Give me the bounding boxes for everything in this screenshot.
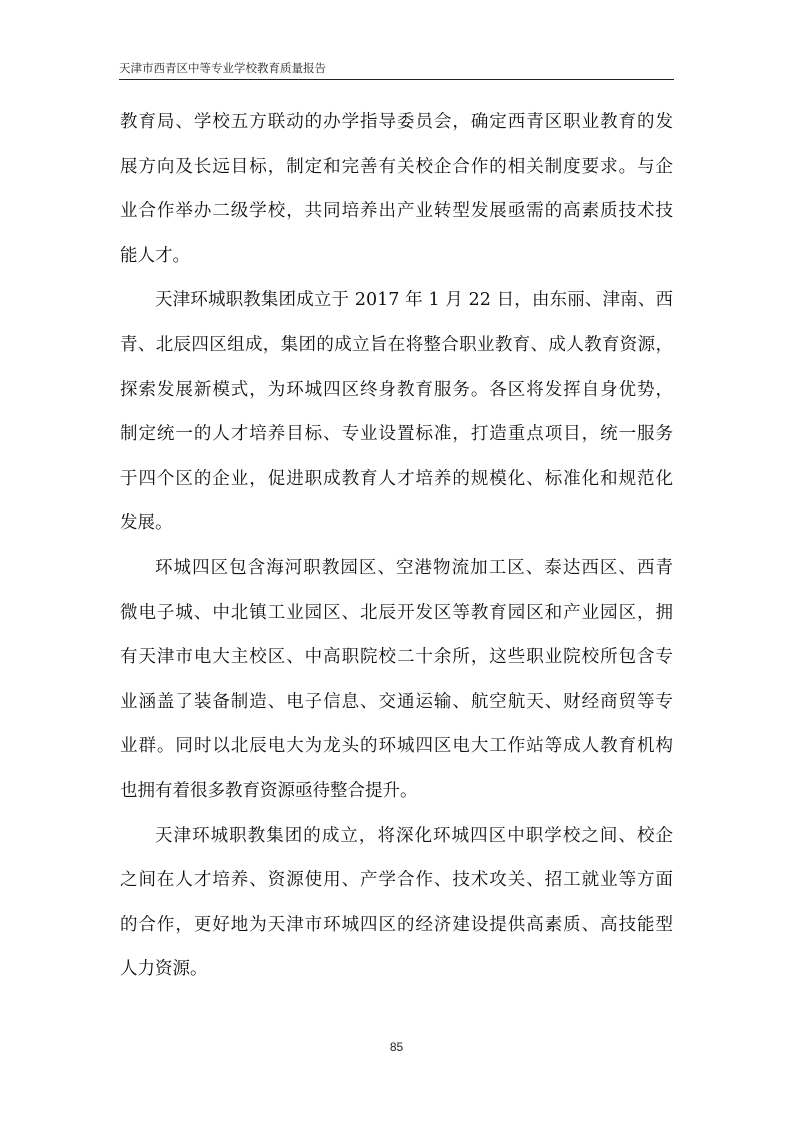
text-line: 制定统一的人才培养目标、专业设置标准，打造重点项目，统一服务 [120,412,673,457]
text-line: 的合作，更好地为天津市环城四区的经济建设提供高素质、高技能型 [120,903,673,948]
text-line: 教育局、学校五方联动的办学指导委员会，确定西青区职业教育的发 [120,100,673,145]
running-header: 天津市西青区中等专业学校教育质量报告 [119,60,674,80]
text-line: 展方向及长远目标，制定和完善有关校企合作的相关制度要求。与企 [120,145,673,190]
text-line: 于四个区的企业，促进职成教育人才培养的规模化、标准化和规范化 [120,457,673,502]
text-line: 天津环城职教集团的成立，将深化环城四区中职学校之间、校企 [120,814,673,859]
text-line: 业涵盖了装备制造、电子信息、交通运输、航空航天、财经商贸等专 [120,680,673,725]
paragraph-2: 天津环城职教集团成立于 2017 年 1 月 22 日，由东丽、津南、西 青、北… [120,278,673,546]
text-line: 发展。 [120,501,673,546]
text-line: 青、北辰四区组成，集团的成立旨在将整合职业教育、成人教育资源， [120,323,673,368]
text-line: 业群。同时以北辰电大为龙头的环城四区电大工作站等成人教育机构 [120,724,673,769]
text-line: 探索发展新模式，为环城四区终身教育服务。各区将发挥自身优势， [120,368,673,413]
text-line: 之间在人才培养、资源使用、产学合作、技术攻关、招工就业等方面 [120,858,673,903]
text-line: 人力资源。 [120,947,673,992]
text-line: 业合作举办二级学校，共同培养出产业转型发展亟需的高素质技术技 [120,189,673,234]
text-line: 微电子城、中北镇工业园区、北辰开发区等教育园区和产业园区，拥 [120,591,673,636]
paragraph-1: 教育局、学校五方联动的办学指导委员会，确定西青区职业教育的发 展方向及长远目标，… [120,100,673,278]
body-text: 教育局、学校五方联动的办学指导委员会，确定西青区职业教育的发 展方向及长远目标，… [120,100,673,992]
paragraph-4: 天津环城职教集团的成立，将深化环城四区中职学校之间、校企 之间在人才培养、资源使… [120,814,673,992]
text-line: 也拥有着很多教育资源亟待整合提升。 [120,769,673,814]
text-line: 能人才。 [120,234,673,279]
text-line: 环城四区包含海河职教园区、空港物流加工区、泰达西区、西青 [120,546,673,591]
page-number: 85 [0,1040,793,1054]
text-line: 有天津市电大主校区、中高职院校二十余所，这些职业院校所包含专 [120,635,673,680]
text-line: 天津环城职教集团成立于 2017 年 1 月 22 日，由东丽、津南、西 [120,278,673,323]
paragraph-3: 环城四区包含海河职教园区、空港物流加工区、泰达西区、西青 微电子城、中北镇工业园… [120,546,673,814]
